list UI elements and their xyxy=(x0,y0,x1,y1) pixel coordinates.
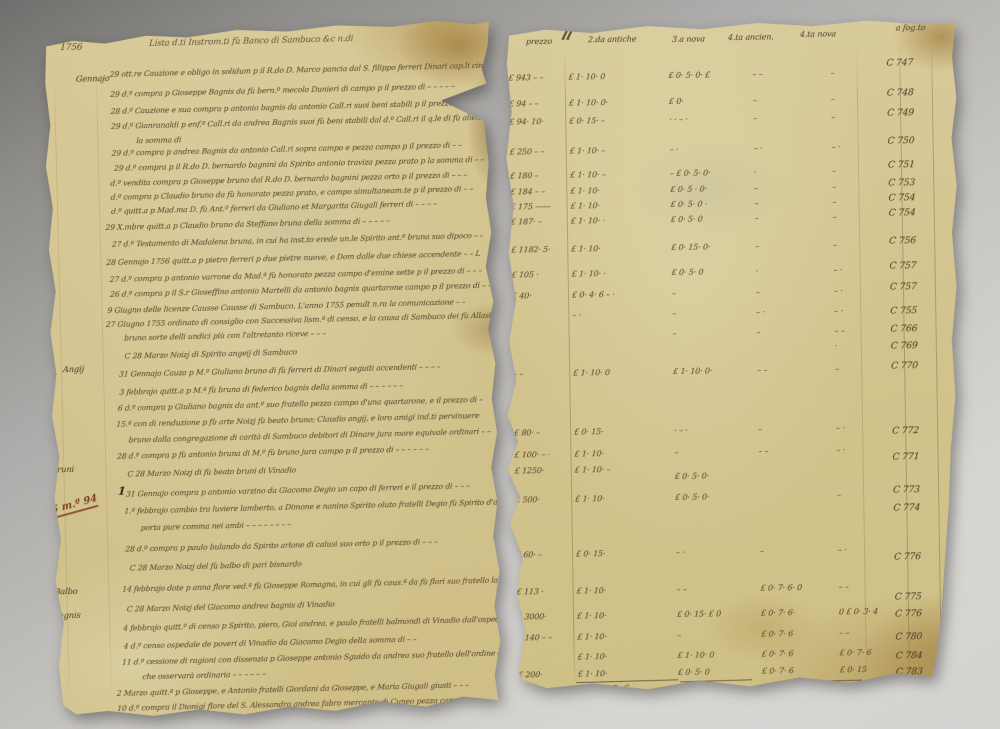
photo-backdrop: 1756 Lista d.ti Instrom.ti fù Banco di S… xyxy=(0,0,1000,729)
cell-2da-antiche: £ 1· 10· · xyxy=(571,216,606,226)
cell-prezzo: £ 94· 10· xyxy=(509,117,544,127)
column-header: 4.ta ancien. xyxy=(728,32,774,42)
cell-2da-antiche: £ 1· 10· xyxy=(577,611,607,620)
cell-3a-nova: £ 0· 5 · 0· xyxy=(670,184,707,194)
folio-reference: C 754 xyxy=(888,207,916,218)
column-header: prezzo xyxy=(526,37,553,46)
manuscript-line: 29 X.mbre quitt.a p Claudio bruno da Ste… xyxy=(105,216,390,232)
manuscript-line: bruno dalla congregazione di carità di S… xyxy=(128,427,491,445)
cell-4ta-nova: – – xyxy=(839,628,850,637)
cell-2da-antiche: £ 1· 10· xyxy=(578,669,608,678)
cell-4ta-ancien: – – xyxy=(752,70,763,79)
cell-4ta-nova: – xyxy=(830,68,835,77)
margin-label: Angij xyxy=(63,364,85,375)
cell-4ta-nova: 0 £ 0· 3· 4 xyxy=(839,607,879,617)
cell-4ta-ancien: – xyxy=(753,114,758,123)
total-rule xyxy=(862,680,930,683)
manuscript-line: 4 febbrajo quitt.º di censo p Spirito, p… xyxy=(123,614,533,633)
cell-4ta-ancien: · xyxy=(755,267,758,276)
cell-3a-nova: £ 0· 5· 0 xyxy=(671,267,703,277)
cell-3a-nova: £ 1· 10· 0· xyxy=(673,366,713,376)
cell-2da-antiche: £ 1· 10· 0· xyxy=(569,98,609,108)
manuscript-line: 6 d.º compra p Giuliano bagnis da ant.º … xyxy=(118,395,484,413)
cell-3a-nova: £ 0· 5· 0· xyxy=(675,471,710,481)
cell-prezzo: £ 113 · xyxy=(516,587,544,596)
cell-3a-nova: – xyxy=(677,631,682,640)
manuscript-line: 2 Marzo quitt.ª p Gioseppe, e Antonio fr… xyxy=(117,680,470,698)
folio-reference: C 755 xyxy=(890,305,918,316)
cell-4ta-nova: – · xyxy=(833,265,842,274)
folio-reference: C 753 xyxy=(888,177,916,188)
folio-reference: C 771 xyxy=(892,451,920,462)
cell-4ta-ancien: – · xyxy=(756,308,765,317)
cell-2da-antiche: £ 1· 10· – xyxy=(569,146,605,156)
page-heading: Lista d.ti Instrom.ti fù Banco di Sambuc… xyxy=(149,34,354,49)
folio-reference: C 756 xyxy=(889,235,917,246)
manuscript-line: 29 d.º Gianranaldi p enf.º Call.ri da an… xyxy=(111,112,498,130)
manuscript-line: che osservarà ordinaria – – – – – – xyxy=(142,669,266,681)
cell-2da-antiche: £ 1· 10· xyxy=(575,494,605,503)
folio-reference: C 783 xyxy=(896,666,924,677)
cell-4ta-ancien: – xyxy=(754,214,759,223)
cell-4ta-ancien: £ 0· 7· 6 xyxy=(762,666,794,676)
margin-label: Balbo xyxy=(54,586,78,597)
manuscript-line: 26 d.º compra p il S.r Gioseffino antoni… xyxy=(110,281,492,299)
folio-reference: C 774 xyxy=(893,502,921,513)
cell-4ta-ancien: · xyxy=(754,168,757,177)
folio-reference: C 757 xyxy=(890,281,918,292)
cell-2da-antiche: £ 1· 10· · xyxy=(571,269,606,279)
right-page-paper: prezzoll2.da antiche3.a nova4.ta ancien.… xyxy=(500,16,971,699)
manuscript-line: 29 ott.re Cauzione e obligo in solidum p… xyxy=(109,60,533,79)
column-header: 3.a nova xyxy=(672,34,706,44)
column-rule-mid xyxy=(856,44,867,686)
cell-prezzo: £ 180 – xyxy=(510,171,539,180)
folio-reference: C 748 xyxy=(886,87,914,98)
manuscript-line: bruno sorte delli undici più con l'altre… xyxy=(124,329,326,343)
cell-4ta-nova: – – xyxy=(834,326,845,335)
totals-row: £ 29· 12· 6·£ 6· 15·£ 1· 17· 6·£ · 12· 6 xyxy=(500,16,960,23)
cell-prezzo: £ 184 – – xyxy=(510,187,545,197)
folio-reference: C 776 xyxy=(894,551,922,562)
cell-2da-antiche: £ 0· 15· xyxy=(576,549,606,558)
cell-3a-nova: £ 0· xyxy=(669,97,684,106)
cell-3a-nova: · · – · xyxy=(669,115,688,124)
red-ink-annotation: 25 m.º 94 xyxy=(44,493,98,521)
cell-4ta-ancien: – xyxy=(760,547,765,556)
cell-prezzo: £ 3000· xyxy=(517,612,547,621)
right-page: prezzoll2.da antiche3.a nova4.ta ancien.… xyxy=(500,16,971,699)
cell-4ta-nova: – xyxy=(835,364,840,373)
left-page: 1756 Lista d.ti Instrom.ti fù Banco di S… xyxy=(37,18,509,721)
cell-prezzo: £ 200· xyxy=(518,670,543,679)
manuscript-line: 3 febbrajo quitt.a p M.ª fù bruna di fed… xyxy=(119,381,403,397)
folio-reference: C 780 xyxy=(895,631,923,642)
cell-4ta-ancien: – xyxy=(754,184,759,193)
cell-3a-nova: £ 0· 5· 0 xyxy=(678,667,710,677)
column-header-row: prezzoll2.da antiche3.a nova4.ta ancien.… xyxy=(500,16,960,23)
cell-2da-antiche: £ 1· 10· xyxy=(574,449,604,458)
folio-reference: C 750 xyxy=(887,135,915,146)
cell-prezzo: £ 105 · xyxy=(511,270,539,279)
cell-4ta-ancien: – xyxy=(756,328,761,337)
cell-3a-nova: – · xyxy=(669,145,678,154)
folio-reference: C 751 xyxy=(888,159,916,170)
manuscript-line: 31 Gennajo Cauza p M.º Giuliano bruno di… xyxy=(119,362,441,379)
ledger-rows: £ 943 – –£ 1· 10· 0£ 0· 5· 0· £– ––C 747… xyxy=(500,16,960,23)
manuscript-line: 28 d.º compra p fù antonio bruna di M.º … xyxy=(117,444,429,461)
cell-4ta-nova: – · xyxy=(831,142,840,151)
cell-4ta-nova: – xyxy=(833,240,838,249)
left-page-paper: 1756 Lista d.ti Instrom.ti fù Banco di S… xyxy=(37,18,509,721)
cell-4ta-ancien: – xyxy=(753,96,758,105)
cell-prezzo: £ 1250· xyxy=(514,466,544,475)
cell-4ta-ancien: £ 0· 7· 6· 0 xyxy=(760,583,802,593)
cell-prezzo: £ 60· – xyxy=(516,550,543,559)
cell-4ta-ancien: – – xyxy=(757,365,768,374)
manuscript-line: d.º quitt.a p Mad.ma D. fù Ant.º ferreri… xyxy=(111,199,437,216)
cell-2da-antiche: £ 0· 15· xyxy=(574,427,604,436)
cell-2da-antiche: £ 1· 10· xyxy=(570,186,600,195)
cell-4ta-nova: – xyxy=(832,182,837,191)
total-value: £ 1· 17· 6· xyxy=(792,682,838,694)
cell-2da-antiche: £ 1· 10· 0 xyxy=(573,368,610,378)
cell-4ta-nova: – xyxy=(831,112,836,121)
manuscript-line: C 28 Marzo Noizj di Spirito angeij di Sa… xyxy=(124,347,297,360)
cell-2da-antiche: £ 1· 10· xyxy=(570,201,600,210)
folio-reference: C 770 xyxy=(891,360,919,371)
manuscript-line: 11 d.º cessione di ragioni con dissenzia… xyxy=(122,648,535,667)
cell-4ta-ancien: – xyxy=(758,425,763,434)
manuscript-line: 27 d.º Testamento di Madalena bruna, in … xyxy=(112,231,484,249)
left-page-fold-crease xyxy=(95,57,112,707)
manuscript-line: 28 d.º Cauzione e sua compra p antonio b… xyxy=(110,98,474,116)
cell-prezzo: £ 175 —— xyxy=(510,202,551,212)
cell-4ta-nova: – xyxy=(831,94,836,103)
cell-prezzo: £ 140 – – xyxy=(517,633,552,643)
cell-4ta-nova: – · xyxy=(838,545,847,554)
year-label: 1756 xyxy=(60,43,83,54)
total-rule xyxy=(680,679,752,682)
folio-reference: C 784 xyxy=(895,650,923,661)
manuscript-text-block: 29 ott.re Cauzione e obligo in solidum p… xyxy=(37,18,492,29)
manuscript-line: C 28 Marzo Noizj del fù balbo di pari bi… xyxy=(130,559,302,572)
folio-reference: C 766 xyxy=(890,323,918,334)
cell-4ta-ancien: £ 0· 7· 6 xyxy=(761,629,793,639)
cell-4ta-nova: – xyxy=(832,197,837,206)
bold-ink-mark: 1 xyxy=(118,485,126,498)
column-header: 4.ta nova xyxy=(800,29,837,39)
cell-prezzo: £ 250 – – xyxy=(509,147,544,157)
column-header: 2.da antiche xyxy=(588,35,637,45)
cell-4ta-nova: £ 0· 15 xyxy=(840,665,868,674)
cell-4ta-ancien: – · xyxy=(753,144,762,153)
folio-reference: C 747 xyxy=(886,57,914,68)
total-value: £ · 12· 6 xyxy=(866,682,904,694)
cell-prezzo: – – xyxy=(513,369,524,378)
cell-2da-antiche: £ 1· 10· xyxy=(577,632,607,641)
cell-4ta-ancien: – xyxy=(754,199,759,208)
cell-4ta-nova: £ 0· 7· 6 xyxy=(839,648,871,658)
folio-reference: C 769 xyxy=(890,340,918,351)
manuscript-line: la somma di xyxy=(136,135,181,145)
column-header: ll xyxy=(560,28,574,43)
cell-3a-nova: – xyxy=(672,289,677,298)
cell-4ta-ancien: – xyxy=(756,288,761,297)
manuscript-line: C 28 Marzo Noizj del Giacomo andrea bagn… xyxy=(127,600,335,614)
cell-4ta-nova: – xyxy=(832,166,837,175)
column-header: a fog.to xyxy=(896,23,926,32)
cell-2da-antiche: £ 1· 10· – xyxy=(570,170,606,180)
cell-4ta-nova: – xyxy=(832,212,837,221)
cell-prezzo: £ 187· – xyxy=(511,217,542,226)
cell-3a-nova: – £ 0· 5· 0· xyxy=(670,168,711,178)
cell-4ta-nova: – · xyxy=(834,286,843,295)
manuscript-line: 15.ª con di renduzione p fù arte Noizj f… xyxy=(116,411,480,429)
total-value: £ 29· 12· 6· xyxy=(580,684,632,696)
manuscript-line: 31 Gennajo compra p antonio varzino da G… xyxy=(126,481,471,498)
folio-reference: C 749 xyxy=(887,107,915,118)
column-rule-folio-right xyxy=(931,39,942,689)
manuscript-line: 29 d.º compra p Gioseppe Bagnis da fù be… xyxy=(110,81,455,98)
cell-2da-antiche: £ 0· 4· 6 – · xyxy=(572,290,615,300)
cell-4ta-nova: – · xyxy=(834,306,843,315)
cell-4ta-ancien: £ 0· 7· 6 xyxy=(761,649,793,659)
margin-label: Bagnis xyxy=(53,610,81,621)
cell-2da-antiche: £ 1· 10· – xyxy=(574,465,610,475)
cell-3a-nova: £ 0· 5· 0· xyxy=(675,492,710,502)
manuscript-line: 14 febbrajo dote p anna flore ved.ª fù G… xyxy=(122,575,527,594)
folio-reference: C 757 xyxy=(889,260,917,271)
cell-3a-nova: £ 0· 5· 0 · xyxy=(670,199,707,209)
cell-prezzo: £ 80· – xyxy=(514,428,541,437)
cell-3a-nova: – xyxy=(672,329,677,338)
cell-2da-antiche: £ 1· 10· xyxy=(576,586,606,595)
manuscript-line: C 28 Marzo Noizj di fù beato bruni di Vi… xyxy=(127,465,296,478)
cell-4ta-ancien: – xyxy=(755,242,760,251)
cell-3a-nova: £ 0· 15· £ 0 xyxy=(677,609,722,619)
cell-2da-antiche: £ 1· 10· xyxy=(577,652,607,661)
cell-3a-nova: £ 1· 10· 0 xyxy=(677,650,714,660)
margin-label: Gennajo xyxy=(76,73,110,84)
margin-label-column: GennajoAngijBruniBalboBagnis xyxy=(37,18,492,29)
manuscript-line: porta pure comma nei ambi – – – – – – – … xyxy=(141,520,292,533)
manuscript-line: 10 d.º compra il Dionigi flore del S. Al… xyxy=(117,695,465,713)
cell-prezzo: £ 1182· 5· xyxy=(511,245,551,255)
cell-3a-nova: £ 0· 15· 0· xyxy=(671,242,711,252)
cell-4ta-nova: – · xyxy=(836,445,845,454)
cell-3a-nova: – xyxy=(672,309,677,318)
manuscript-line: 28 Gennajo 1756 quitt.a p pietro ferreri… xyxy=(106,249,481,267)
cell-4ta-nova: · xyxy=(834,341,837,350)
total-value: £ 6· 15· xyxy=(682,683,717,695)
cell-4ta-ancien: – – xyxy=(758,446,769,455)
manuscript-line: 4 d.º censo ospedale de poveri di Vinadi… xyxy=(123,635,417,651)
cell-3a-nova: – · xyxy=(676,548,685,557)
cell-4ta-ancien: £ 0· 7· 6· xyxy=(761,608,796,618)
folio-reference: C 775 xyxy=(894,591,922,602)
cell-2da-antiche: £ 0· 15· – xyxy=(569,116,605,126)
cell-3a-nova: · – · xyxy=(674,426,688,435)
cell-3a-nova: £ 0· 5· 0 xyxy=(670,214,702,224)
folio-reference: C 754 xyxy=(888,192,916,203)
manuscript-line: 1.ª febbrajo cambio tra luviere lamberto… xyxy=(124,497,506,515)
cell-3a-nova: £ 0· 5· 0· £ xyxy=(668,70,710,80)
cell-4ta-nova: – – xyxy=(838,582,849,591)
cell-2da-antiche: £ 1· 10· xyxy=(571,244,601,253)
cell-prezzo: £ 40· xyxy=(512,291,532,300)
cell-prezzo: £ 943 – – xyxy=(508,73,543,83)
cell-prezzo: £ 94 – – xyxy=(509,99,539,108)
folio-reference: C 776 xyxy=(895,608,923,619)
cell-3a-nova: – xyxy=(674,448,679,457)
cell-4ta-nova: – · xyxy=(836,423,845,432)
margin-label: Bruni xyxy=(51,464,74,475)
folio-reference: C 772 xyxy=(892,425,920,436)
cell-3a-nova: – – xyxy=(676,585,687,594)
manuscript-line: 28 d.º compra p paulo bulando da Spirito… xyxy=(125,537,438,554)
cell-2da-antiche: £ 1· 10· 0 xyxy=(568,72,605,82)
cell-prezzo: £ 100· – · xyxy=(514,450,550,460)
cell-4ta-nova: – xyxy=(837,490,842,499)
total-rule xyxy=(788,680,862,683)
cell-prezzo: £ 500· xyxy=(515,495,540,504)
cell-2da-antiche: – · xyxy=(572,310,581,319)
folio-reference: C 773 xyxy=(893,484,921,495)
